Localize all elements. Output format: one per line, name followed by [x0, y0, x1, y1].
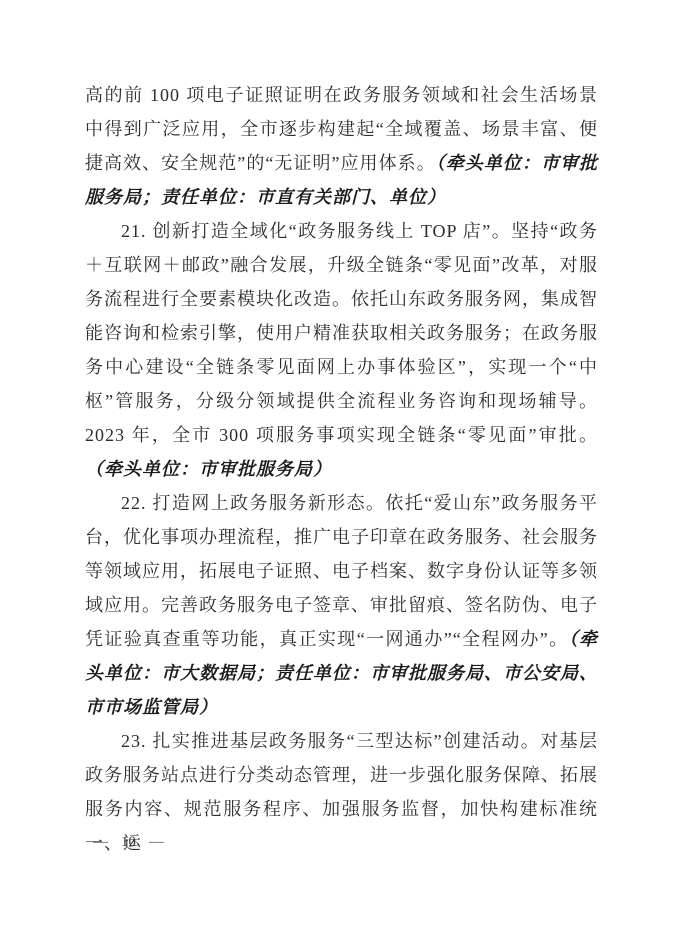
- paragraph-text: 22. 打造网上政务服务新形态。依托“爱山东”政务服务平台，优化事项办理流程，推…: [85, 493, 598, 649]
- paragraph-item-21: 21. 创新打造全域化“政务服务线上 TOP 店”。坚持“政务＋互联网＋邮政”融…: [85, 214, 598, 486]
- page-footer: — 10 —: [93, 834, 164, 851]
- page-number: 10: [121, 834, 136, 851]
- paragraph-text: 21. 创新打造全域化“政务服务线上 TOP 店”。坚持“政务＋互联网＋邮政”融…: [85, 221, 598, 445]
- lead-unit-text: （牵头单位：市审批服务局）: [85, 459, 332, 479]
- footer-right-dash: —: [149, 834, 164, 851]
- paragraph-continuation: 高的前 100 项电子证照证明在政务服务领域和社会生活场景中得到广泛应用，全市逐…: [85, 78, 598, 214]
- paragraph-item-22: 22. 打造网上政务服务新形态。依托“爱山东”政务服务平台，优化事项办理流程，推…: [85, 486, 598, 724]
- footer-left-dash: —: [93, 834, 108, 851]
- document-body: 高的前 100 项电子证照证明在政务服务领域和社会生活场景中得到广泛应用，全市逐…: [85, 78, 598, 860]
- document-page: 高的前 100 项电子证照证明在政务服务领域和社会生活场景中得到广泛应用，全市逐…: [0, 0, 680, 930]
